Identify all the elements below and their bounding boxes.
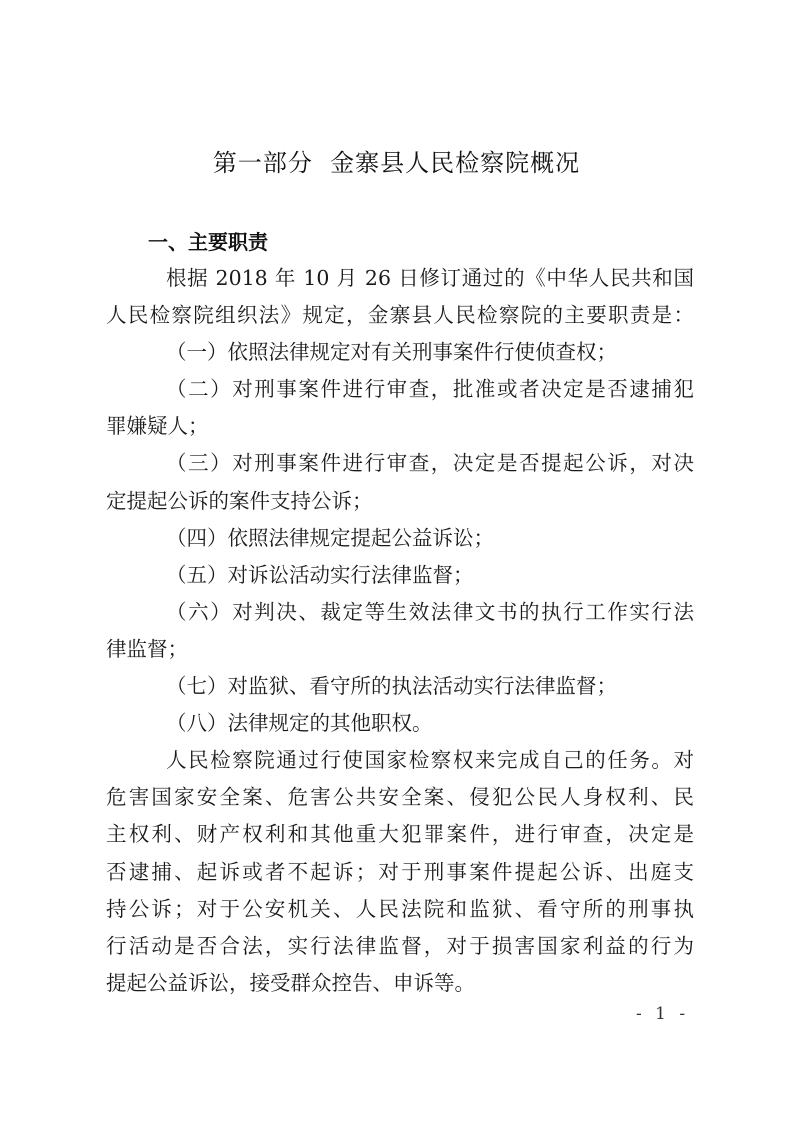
duty-item-4: （四）依照法律规定提起公益诉讼； (106, 520, 694, 557)
summary-line-7: 提起公益诉讼，接受群众控告、申诉等。 (106, 965, 694, 1002)
paragraph-intro-line-1: 根据 2018 年 10 月 26 日修订通过的《中华人民共和国 (106, 260, 694, 297)
summary-line-5: 持公诉；对于公安机关、人民法院和监狱、看守所的刑事执 (106, 891, 694, 928)
duty-item-6-line-1: （六）对判决、裁定等生效法律文书的执行工作实行法 (106, 594, 694, 631)
paragraph-intro-line-2: 人民检察院组织法》规定，金寨县人民检察院的主要职责是： (106, 297, 694, 334)
summary-line-3: 主权利、财产权利和其他重大犯罪案件，进行审查，决定是 (106, 816, 694, 853)
summary-line-4: 否逮捕、起诉或者不起诉；对于刑事案件提起公诉、出庭支 (106, 854, 694, 891)
duty-item-3-line-1: （三）对刑事案件进行审查，决定是否提起公诉，对决 (106, 445, 694, 482)
duty-item-3-line-2: 定提起公诉的案件支持公诉； (106, 483, 694, 520)
duty-item-8: （八）法律规定的其他职权。 (106, 705, 694, 742)
duty-item-7: （七）对监狱、看守所的执法活动实行法律监督； (106, 668, 694, 705)
summary-line-6: 行活动是否合法，实行法律监督，对于损害国家利益的行为 (106, 928, 694, 965)
page-number: - 1 - (636, 1002, 689, 1026)
document-page: 第一部分 金寨县人民检察院概况 一、主要职责 根据 2018 年 10 月 26… (0, 0, 793, 1122)
page-title: 第一部分 金寨县人民检察院概况 (0, 143, 793, 183)
duty-item-1: （一）依照法律规定对有关刑事案件行使侦查权； (106, 334, 694, 371)
section-heading: 一、主要职责 (148, 224, 268, 260)
duty-item-6-line-2: 律监督； (106, 631, 694, 668)
duty-item-2-line-2: 罪嫌疑人； (106, 408, 694, 445)
summary-line-2: 危害国家安全案、危害公共安全案、侵犯公民人身权利、民 (106, 779, 694, 816)
body-text: 根据 2018 年 10 月 26 日修订通过的《中华人民共和国 人民检察院组织… (106, 260, 694, 1002)
duty-item-2-line-1: （二）对刑事案件进行审查，批准或者决定是否逮捕犯 (106, 371, 694, 408)
summary-line-1: 人民检察院通过行使国家检察权来完成自己的任务。对 (106, 742, 694, 779)
duty-item-5: （五）对诉讼活动实行法律监督； (106, 557, 694, 594)
